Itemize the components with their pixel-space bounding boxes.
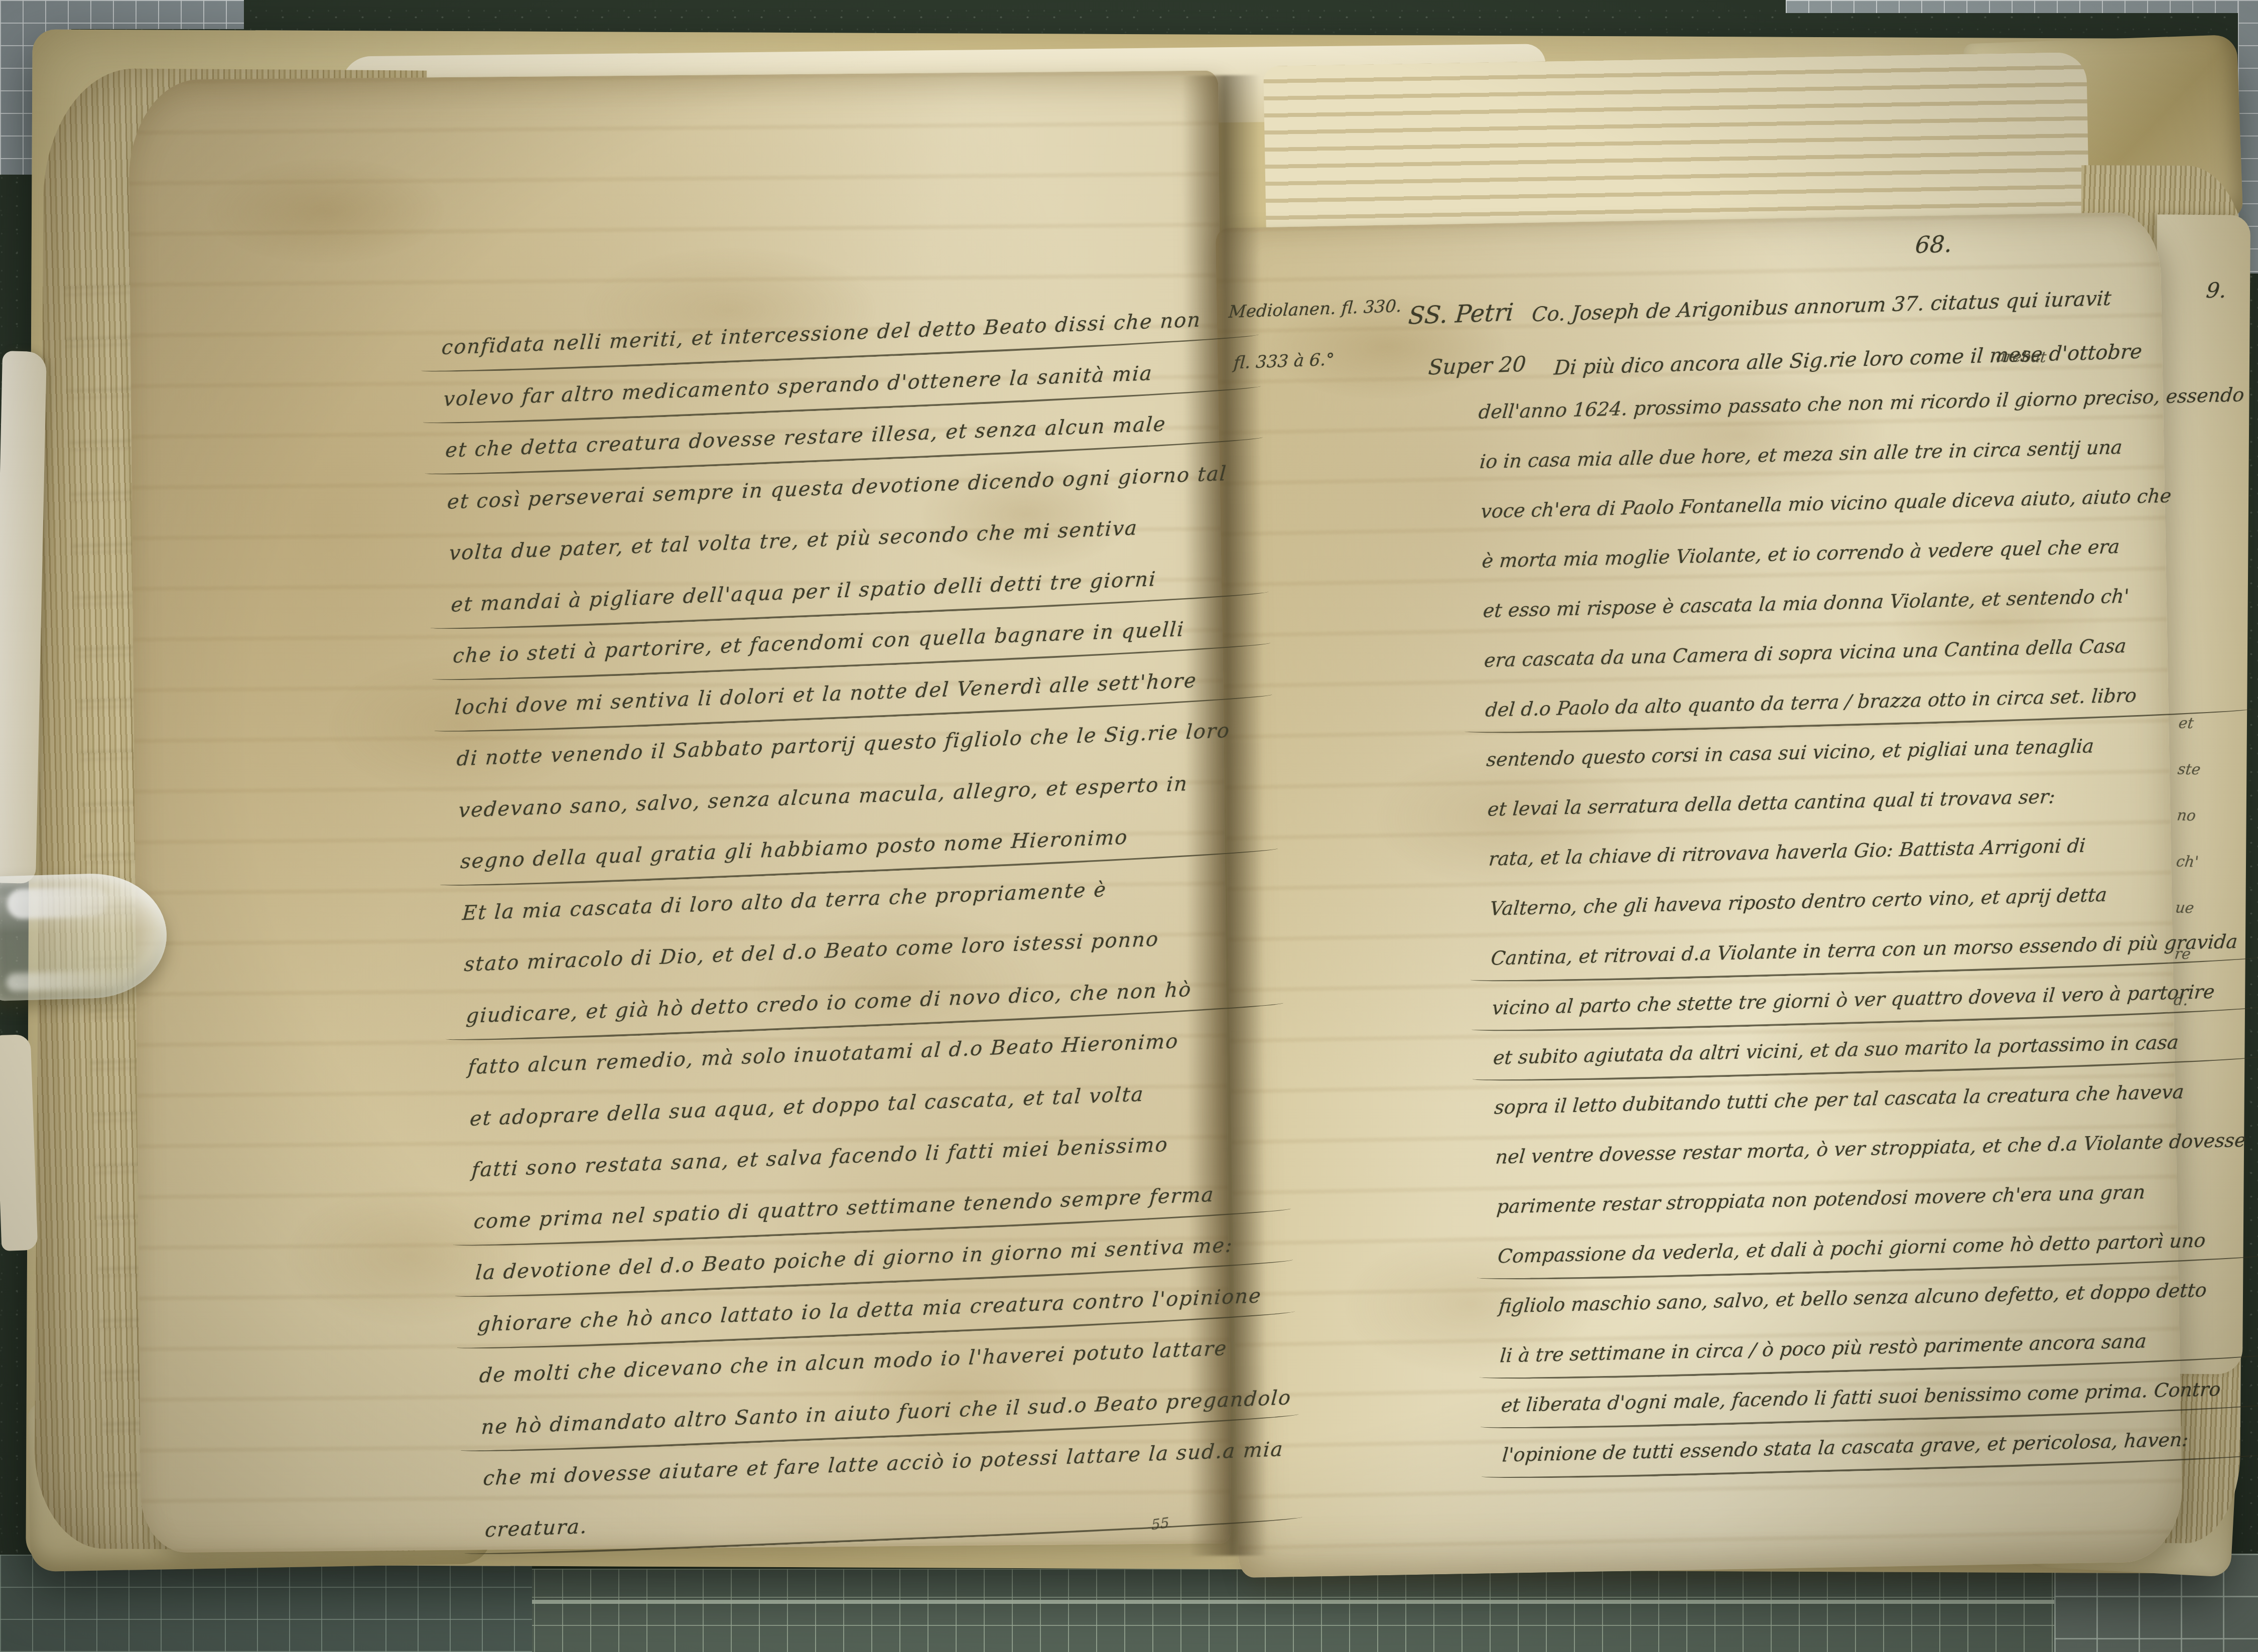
- page-top-edges-right: [1263, 52, 2089, 237]
- manuscript-line: ue: [2173, 885, 2201, 932]
- margin-reference-2: fl. 333 à 6.°: [1233, 349, 1335, 373]
- manuscript-line: no: [2174, 793, 2202, 840]
- manuscript-line: ste: [2175, 747, 2203, 793]
- manuscript-line: et: [2176, 701, 2204, 747]
- photograph: confidata nelli meriti, et intercessione…: [0, 0, 2258, 1652]
- manuscript-line: ch': [2173, 839, 2201, 886]
- calibration-grid-top-band-right: [1786, 0, 2258, 13]
- folio-number: 68.: [1914, 230, 1953, 259]
- page-heading: SS. Petri: [1407, 298, 1515, 330]
- gutter-mark: 55: [1151, 1514, 1169, 1533]
- edge-word: arebat: [1996, 348, 2047, 366]
- interrogatory-label: Super 20: [1427, 352, 1527, 380]
- calibration-grid-top-band: [0, 0, 244, 29]
- manuscript-line: d.: [2171, 978, 2199, 1024]
- right-page-text-block: dell'anno 1624. prossimo passato che non…: [1478, 370, 2258, 1480]
- left-page-text-block: confidata nelli meriti, et intercessione…: [441, 293, 1296, 1556]
- corner-number: 9.: [2205, 278, 2227, 303]
- manuscript-line: re: [2172, 931, 2200, 978]
